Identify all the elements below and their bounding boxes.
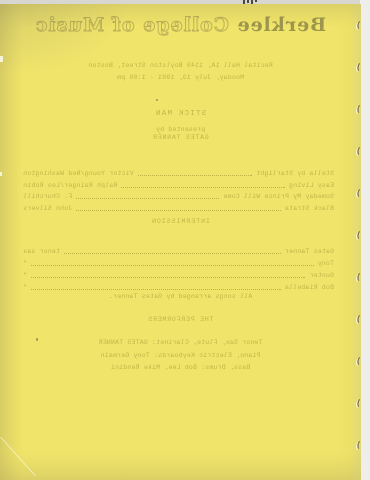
song-credit: Ralph Rainger/Leo Robin — [23, 181, 117, 190]
binding-mark: ( — [355, 189, 361, 199]
personnel-instrument: " — [23, 259, 27, 268]
logo-words-college-of-music: College of Music — [35, 14, 237, 36]
showthrough-mirrored-layer: Berklee College of Music Recital Hall 1A… — [0, 4, 361, 480]
dotted-leader — [31, 265, 313, 266]
arranged-note: All songs arranged by Gates Tanner. — [0, 292, 361, 301]
personnel-name: Gates Tanner — [285, 247, 334, 256]
performers-line: Piano, Electric Keyboards: Tony Germain — [0, 351, 361, 360]
binding-mark: ( — [355, 147, 361, 157]
dotted-leader — [31, 277, 305, 278]
binding-mark: ( — [355, 357, 361, 367]
binding-mark: ( — [355, 105, 361, 115]
presenter-name: GATES TANNER — [0, 133, 361, 142]
edge-nick — [0, 56, 3, 62]
recital-title: STICK MAN — [0, 110, 361, 119]
personnel-instrument: tenor sax — [23, 247, 60, 256]
binding-mark: ( — [355, 399, 361, 409]
binding-mark: ( — [355, 231, 361, 241]
program-row: Stella by StarlightVictor Young/Ned Wash… — [23, 168, 334, 178]
paper-speck — [156, 99, 158, 101]
binding-mark: ( — [355, 21, 361, 31]
personnel-name: Gunter — [309, 271, 334, 280]
song-credit: John Silvers — [23, 204, 72, 213]
song-title: Someday My Prince Will Come — [223, 192, 334, 201]
program-set-one: Stella by StarlightVictor Young/Ned Wash… — [23, 168, 334, 214]
song-title: Black Strata — [285, 204, 334, 213]
performers-heading: THE PERFORMERS — [0, 315, 361, 324]
dotted-leader — [31, 289, 281, 290]
performers-line: Tenor Sax, Flute, Clarinet: GATES TANNER — [0, 338, 361, 347]
binding-mark: ( — [355, 273, 361, 283]
binding-mark: ( — [355, 315, 361, 325]
song-credit: Victor Young/Ned Washington — [23, 169, 134, 178]
berklee-logo-showthrough: Berklee College of Music — [0, 14, 361, 36]
personnel-instrument: " — [23, 283, 27, 292]
binding-marks-column: ((((((((((( — [356, 0, 368, 480]
intermission-heading: INTERMISSION — [0, 217, 361, 226]
personnel-name: Tony — [318, 259, 334, 268]
dotted-leader — [121, 187, 285, 188]
song-title: Easy Living — [289, 181, 334, 190]
performers-lines: Tenor Sax, Flute, Clarinet: GATES TANNER… — [0, 338, 361, 376]
dotted-leader — [76, 210, 281, 211]
personnel-row: Gunter" — [23, 268, 334, 280]
paper-speck — [36, 338, 38, 341]
song-title: Stella by Starlight — [256, 169, 334, 178]
personnel-list: Gates Tannertenor sax Tony" Gunter" Bob … — [23, 244, 334, 292]
binding-mark: ( — [355, 441, 361, 451]
venue-line: Recital Hall 1A, 1140 Boylston Street, B… — [0, 61, 361, 70]
dotted-leader — [76, 198, 219, 199]
program-back-page: Berklee College of Music Recital Hall 1A… — [0, 4, 361, 480]
personnel-name: Bob Riabella — [285, 283, 334, 292]
dotted-leader — [138, 175, 252, 176]
program-row: Black StrataJohn Silvers — [23, 203, 334, 213]
personnel-row: Gates Tannertenor sax — [23, 244, 334, 256]
song-credit: F. Churchill — [23, 192, 72, 201]
performers-line: Bass, Drums: Bob Lee, Mike Rendini — [0, 363, 361, 372]
logo-word-berklee: Berklee — [237, 14, 327, 36]
edge-nick — [0, 172, 2, 176]
binding-mark: ( — [355, 63, 361, 73]
personnel-row: Bob Riabella" — [23, 280, 334, 292]
date-line: Monday, July 13, 1981 - 1:00 pm — [0, 73, 361, 82]
personnel-row: Tony" — [23, 256, 334, 268]
program-row: Someday My Prince Will ComeF. Churchill — [23, 191, 334, 201]
dotted-leader — [64, 253, 281, 254]
program-row: Easy LivingRalph Rainger/Leo Robin — [23, 180, 334, 190]
personnel-instrument: " — [23, 271, 27, 280]
